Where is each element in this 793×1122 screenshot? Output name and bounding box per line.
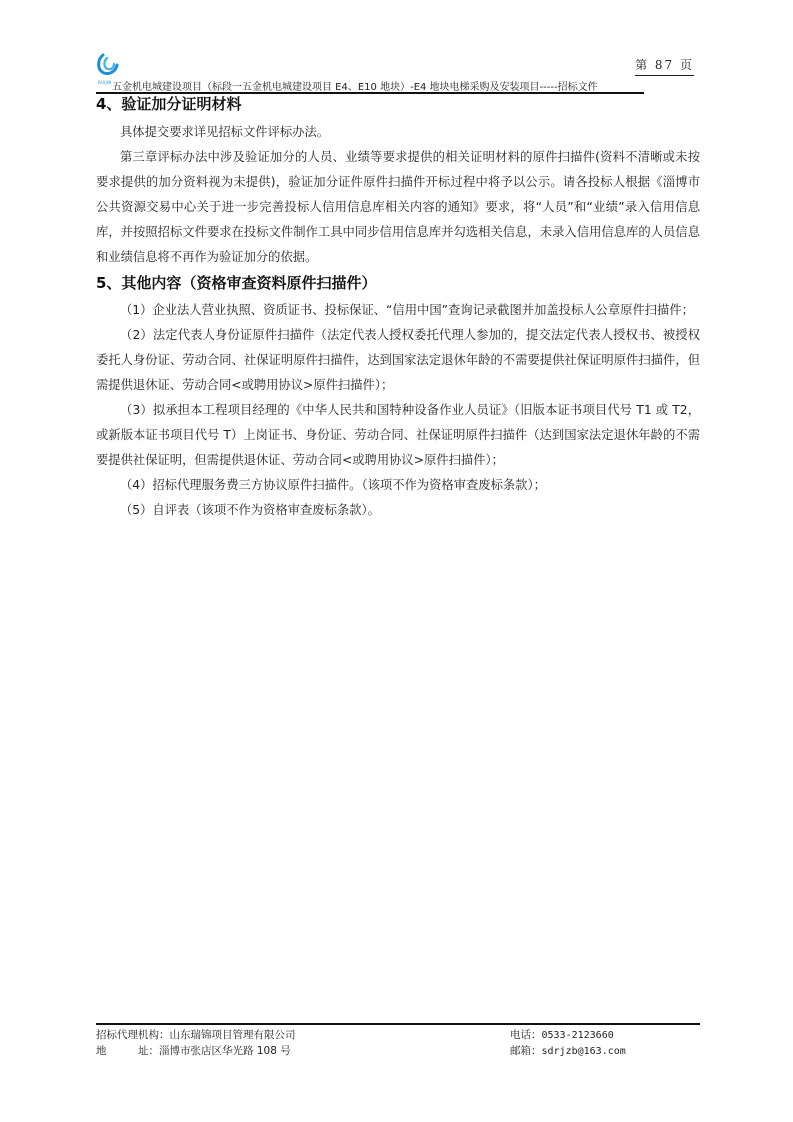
section-heading-5: 5、其他内容（资格审查资料原件扫描件）: [96, 273, 700, 293]
logo-text: RUIJIN: [98, 80, 111, 85]
list-item: （5）自评表（该项不作为资格审查废标条款）。: [96, 498, 700, 523]
list-item: （4）招标代理服务费三方协议原件扫描件。（该项不作为资格审查废标条款）；: [96, 473, 700, 498]
phone-number: 0533-2123660: [542, 1030, 614, 1041]
agency-label: 招标代理机构：: [96, 1029, 170, 1041]
footer-row-agency: 招标代理机构：山东瑞锦项目管理有限公司 电话：0533-2123660: [96, 1025, 700, 1041]
address-label: 地 址：: [96, 1045, 159, 1057]
address-value: 淄博市张店区华光路 108 号: [159, 1045, 291, 1057]
document-header-title: 五金机电城建设项目（标段一五金机电城建设项目 E4、E10 地块）-E4 地块电…: [112, 78, 598, 93]
footer-row-address: 地 址：淄博市张店区华光路 108 号 邮箱：sdrjzb@163.com: [96, 1041, 700, 1057]
list-item: （1）企业法人营业执照、资质证书、投标保证、“信用中国”查询记录截图并加盖投标人…: [96, 298, 700, 323]
list-item: （2）法定代表人身份证原件扫描件（法定代表人授权委托代理人参加的，提交法定代表人…: [96, 323, 700, 398]
paragraph: 具体提交要求详见招标文件评标办法。: [96, 120, 700, 145]
page-footer: 招标代理机构：山东瑞锦项目管理有限公司 电话：0533-2123660 地 址：…: [96, 1023, 700, 1057]
phone-label: 电话：: [510, 1029, 542, 1041]
list-item: （3）拟承担本工程项目经理的《中华人民共和国特种设备作业人员证》（旧版本证书项目…: [96, 398, 700, 473]
email-address: sdrjzb@163.com: [542, 1046, 626, 1057]
agency-name: 山东瑞锦项目管理有限公司: [170, 1029, 296, 1041]
document-body: 4、验证加分证明材料 具体提交要求详见招标文件评标办法。 第三章评标办法中涉及验…: [96, 94, 700, 523]
section-heading-4: 4、验证加分证明材料: [96, 94, 700, 114]
page-number: 第 87 页: [635, 56, 694, 76]
page-header: RUIJIN 五金机电城建设项目（标段一五金机电城建设项目 E4、E10 地块）…: [96, 50, 700, 94]
paragraph: 第三章评标办法中涉及验证加分的人员、业绩等要求提供的相关证明材料的原件扫描件(资…: [96, 145, 700, 270]
email-label: 邮箱：: [510, 1045, 542, 1057]
